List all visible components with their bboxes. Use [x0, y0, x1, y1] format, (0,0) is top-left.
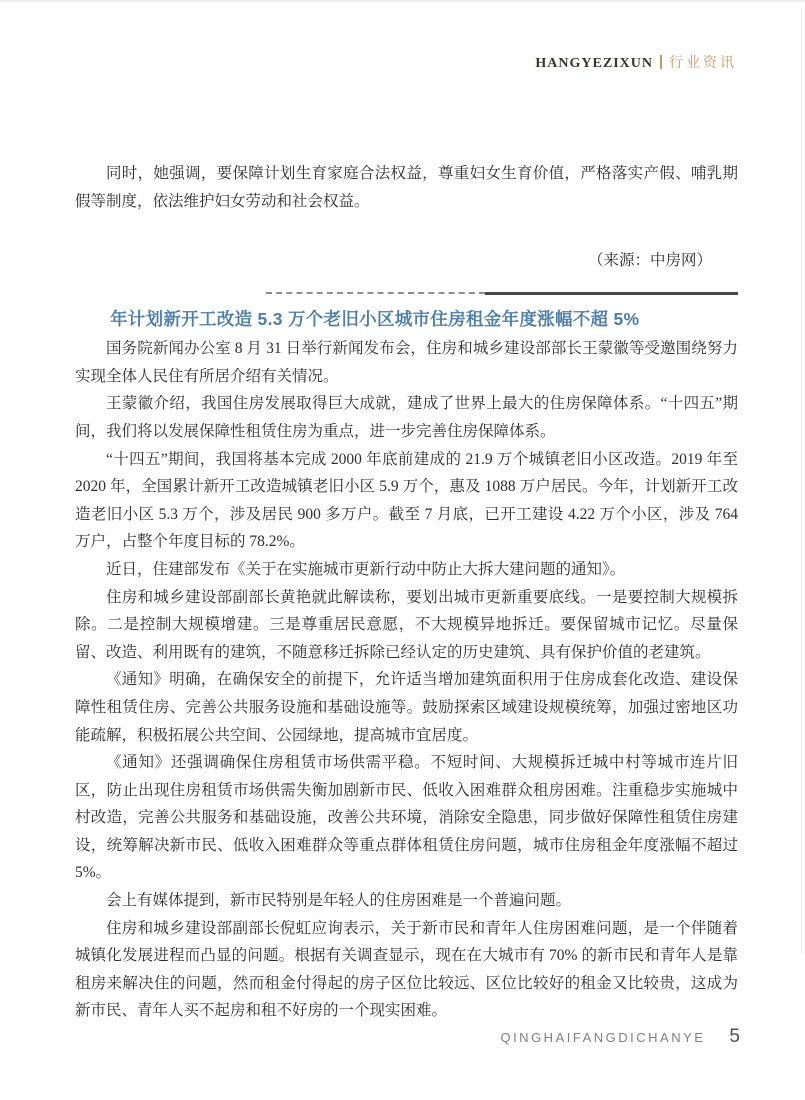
article-paragraph: 住房和城乡建设部副部长黄艳就此解读称，要划出城市更新重要底线。一是要控制大规模拆…	[75, 584, 738, 667]
page-top-edge-line	[0, 0, 805, 2]
divider-dashed-segment	[266, 292, 485, 294]
section-divider	[75, 291, 738, 295]
source-attribution: （来源：中房网）	[75, 248, 712, 270]
page-header: HANGYEZIXUN行业资讯	[0, 52, 737, 72]
article-paragraph: 住房和城乡建设部副部长倪虹应询表示，关于新市民和青年人住房困难问题，是一个伴随着…	[75, 915, 738, 1025]
article-title: 年计划新开工改造 5.3 万个老旧小区城市住房租金年度涨幅不超 5%	[75, 306, 738, 332]
section-name: 行业资讯	[669, 56, 737, 71]
magazine-page: HANGYEZIXUN行业资讯 同时，她强调，要保障计划生育家庭合法权益，尊重妇…	[0, 0, 805, 1100]
article-paragraph: 国务院新闻办公室 8 月 31 日举行新闻发布会，住房和城乡建设部部长王蒙徽等受…	[75, 335, 738, 390]
previous-article-paragraph: 同时，她强调，要保障计划生育家庭合法权益，尊重妇女生育价值，严格落实产假、哺乳期…	[75, 160, 738, 215]
page-footer: QINGHAIFANGDICHANYE 5	[500, 1026, 740, 1048]
journal-name-footer: QINGHAIFANGDICHANYE	[500, 1030, 705, 1045]
article-paragraph: 会上有媒体提到，新市民特别是年轻人的住房困难是一个普遍问题。	[75, 887, 738, 915]
journal-pinyin-title: HANGYEZIXUN	[535, 56, 653, 71]
article-paragraph: 近日，住建部发布《关于在实施城市更新行动中防止大拆大建问题的通知》。	[75, 556, 738, 584]
header-divider-bar	[660, 55, 662, 69]
article-paragraph: 《通知》明确，在确保安全的前提下，允许适当增加建筑面积用于住房成套化改造、建设保…	[75, 666, 738, 749]
article-content: 同时，她强调，要保障计划生育家庭合法权益，尊重妇女生育价值，严格落实产假、哺乳期…	[75, 160, 738, 1025]
article-paragraph: “十四五”期间，我国将基本完成 2000 年底前建成的 21.9 万个城镇老旧小…	[75, 446, 738, 556]
divider-solid-segment	[485, 292, 738, 295]
article-paragraph: 王蒙徽介绍，我国住房发展取得巨大成就，建成了世界上最大的住房保障体系。“十四五”…	[75, 390, 738, 445]
page-number: 5	[729, 1026, 740, 1048]
article-paragraph: 《通知》还强调确保住房租赁市场供需平稳。不短时间、大规模拆迁城中村等城市连片旧区…	[75, 749, 738, 887]
page-right-edge-line	[801, 8, 802, 953]
